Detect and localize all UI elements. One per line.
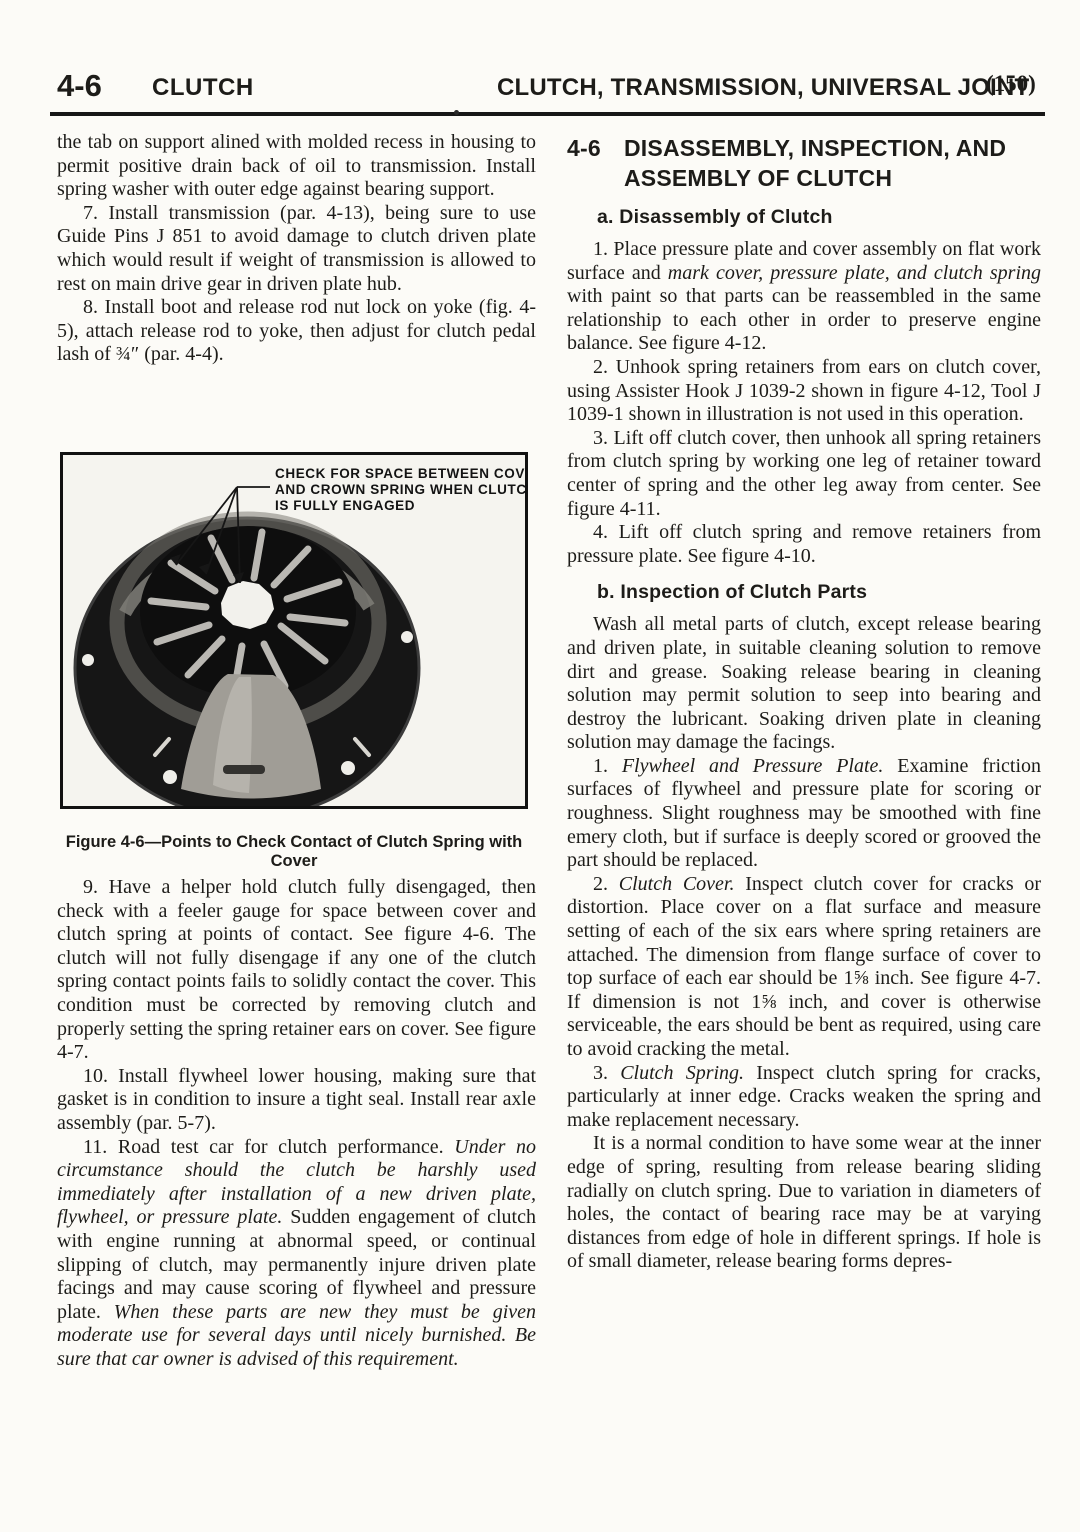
paragraph-run: 9. Have a helper hold clutch fully disen… <box>57 876 536 1063</box>
paragraph: 10. Install flywheel lower housing, maki… <box>57 1065 536 1136</box>
paragraph-run: with paint so that parts can be reassemb… <box>567 285 1041 354</box>
header-section-number: 4-6 <box>57 68 102 104</box>
subsection-heading: a. Disassembly of Clutch <box>597 206 1041 229</box>
paragraph-run: 3. <box>593 1062 620 1084</box>
paragraph: 3. Lift off clutch cover, then unhook al… <box>567 427 1041 521</box>
paragraph: Wash all metal parts of clutch, except r… <box>567 613 1041 755</box>
left-column-upper: the tab on support alined with molded re… <box>57 131 536 367</box>
stray-ink-dot <box>454 110 459 115</box>
figure-callout-line1: CHECK FOR SPACE BETWEEN COVER <box>275 466 525 481</box>
paragraph: 2. Clutch Cover. Inspect clutch cover fo… <box>567 873 1041 1062</box>
paragraph-run: Inspect clutch cover for cracks or disto… <box>567 873 1041 1060</box>
paragraph-run: 3. Lift off clutch cover, then unhook al… <box>567 427 1041 520</box>
paragraph: 2. Unhook spring retainers from ears on … <box>567 356 1041 427</box>
paragraph-run: 11. Road test car for clutch performance… <box>83 1136 454 1158</box>
paragraph: 7. Install transmission (par. 4-13), bei… <box>57 202 536 296</box>
paragraph: It is a normal condition to have some we… <box>567 1132 1041 1274</box>
paragraph-run: 10. Install flywheel lower housing, maki… <box>57 1065 536 1134</box>
header-page-number: (150) <box>986 71 1036 97</box>
paragraph-run: 4. Lift off clutch spring and remove ret… <box>567 521 1041 567</box>
paragraph-run: 1. <box>593 755 622 777</box>
section-heading-text: DISASSEMBLY, INSPECTION, ANDASSEMBLY OF … <box>624 133 1006 193</box>
paragraph-run: 7. Install transmission (par. 4-13), bei… <box>57 202 536 295</box>
paragraph: 9. Have a helper hold clutch fully disen… <box>57 876 536 1065</box>
paragraph-run: mark cover, pressure plate, and clutch s… <box>668 262 1041 284</box>
paragraph-run: Clutch Cover. <box>619 873 735 895</box>
paragraph-run: Wash all metal parts of clutch, except r… <box>567 613 1041 753</box>
figure-caption: Figure 4-6—Points to Check Contact of Cl… <box>57 833 531 871</box>
paragraph-run: 8. Install boot and release rod nut lock… <box>57 296 536 365</box>
paragraph-run: It is a normal condition to have some we… <box>567 1132 1041 1272</box>
figure-callout-line3: IS FULLY ENGAGED <box>275 498 415 513</box>
paragraph: the tab on support alined with molded re… <box>57 131 536 202</box>
paragraph-run: 2. <box>593 873 619 895</box>
header-chapter-title: CLUTCH, TRANSMISSION, UNIVERSAL JOINT <box>497 74 1029 102</box>
header-rule <box>50 112 1045 116</box>
paragraph-run: the tab on support alined with molded re… <box>57 131 536 200</box>
clutch-cover-photo: CHECK FOR SPACE BETWEEN COVER AND CROWN … <box>63 455 525 806</box>
paragraph-run: 2. Unhook spring retainers from ears on … <box>567 356 1041 425</box>
paragraph-run: When these parts are new they must be gi… <box>57 1301 536 1370</box>
right-column: 4-6DISASSEMBLY, INSPECTION, ANDASSEMBLY … <box>567 133 1041 1274</box>
left-column-lower: 9. Have a helper hold clutch fully disen… <box>57 876 536 1371</box>
paragraph: 1. Flywheel and Pressure Plate. Examine … <box>567 755 1041 873</box>
paragraph: 11. Road test car for clutch performance… <box>57 1136 536 1372</box>
paragraph: 8. Install boot and release rod nut lock… <box>57 296 536 367</box>
section-heading-number: 4-6 <box>567 133 624 193</box>
paragraph: 3. Clutch Spring. Inspect clutch spring … <box>567 1062 1041 1133</box>
paragraph-run: Clutch Spring. <box>620 1062 744 1084</box>
paragraph: 4. Lift off clutch spring and remove ret… <box>567 521 1041 568</box>
manual-page: 4-6 CLUTCH CLUTCH, TRANSMISSION, UNIVERS… <box>0 0 1080 1532</box>
subsection-heading: b. Inspection of Clutch Parts <box>597 581 1041 604</box>
paragraph: 1. Place pressure plate and cover assemb… <box>567 238 1041 356</box>
figure-4-6: CHECK FOR SPACE BETWEEN COVER AND CROWN … <box>60 452 528 809</box>
section-heading: 4-6DISASSEMBLY, INSPECTION, ANDASSEMBLY … <box>567 133 1041 193</box>
figure-callout-line2: AND CROWN SPRING WHEN CLUTCH <box>275 482 525 497</box>
header-section-label: CLUTCH <box>152 74 254 102</box>
paragraph-run: Flywheel and Pressure Plate. <box>622 755 884 777</box>
cone-slot <box>223 765 265 774</box>
